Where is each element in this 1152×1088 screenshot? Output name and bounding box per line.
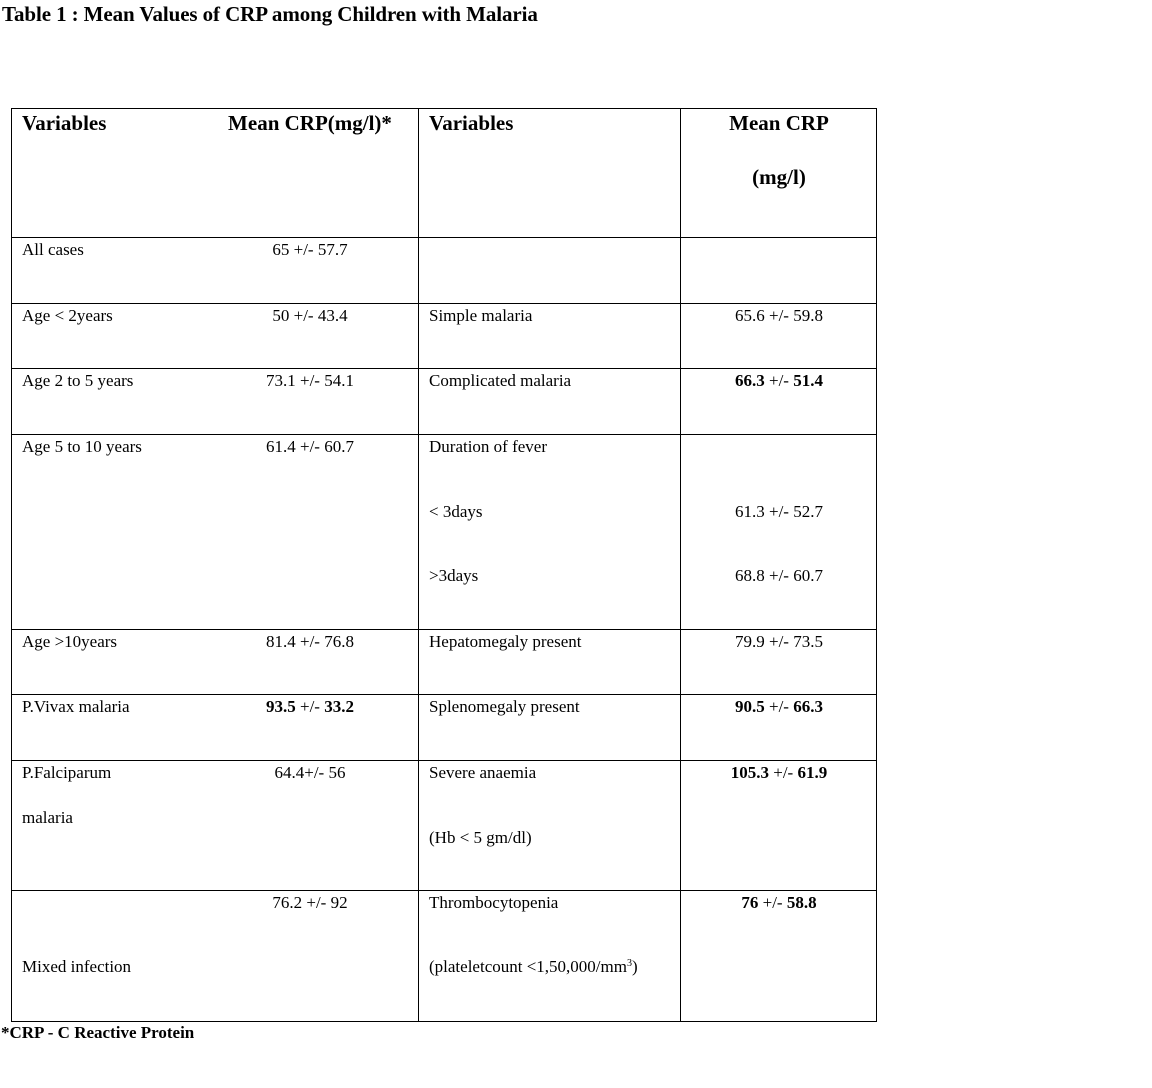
left-variable-label: Mixed infection [22, 957, 131, 977]
right-variable-label: Thrombocytopenia [429, 893, 558, 913]
table-row: Age >10years81.4 +/- 76.8Hepatomegaly pr… [12, 630, 877, 695]
left-variable-label-line2: malaria [22, 808, 73, 828]
table-row: P.Falciparummalaria64.4+/- 56Severe anae… [12, 761, 877, 891]
right-sub-label: < 3days [429, 502, 483, 522]
table-row: Age 2 to 5 years73.1 +/- 54.1Complicated… [12, 369, 877, 435]
right-mean-value: 79.9 +/- 73.5 [681, 632, 877, 652]
cell-left-variable: P.Vivax malaria93.5 +/- 33.2 [12, 695, 419, 761]
cell-left-variable: Age < 2years50 +/- 43.4 [12, 304, 419, 369]
header-cell-left: Variables Mean CRP(mg/l)* [12, 109, 419, 238]
right-variable-label-line2: (plateletcount <1,50,000/mm3) [429, 957, 638, 977]
header-cell-right-mean: Mean CRP (mg/l) [681, 109, 877, 238]
footnote: *CRP - C Reactive Protein [1, 1023, 194, 1043]
cell-right-mean: 90.5 +/- 66.3 [681, 695, 877, 761]
left-mean-value: 76.2 +/- 92 [214, 893, 406, 913]
left-mean-value: 65 +/- 57.7 [214, 240, 406, 260]
left-variable-label: Age < 2years [22, 306, 113, 326]
left-variable-label: P.Falciparum [22, 763, 111, 783]
cell-right-mean: 105.3 +/- 61.9 [681, 761, 877, 891]
cell-left-variable: Age 2 to 5 years73.1 +/- 54.1 [12, 369, 419, 435]
left-mean-value: 50 +/- 43.4 [214, 306, 406, 326]
right-variable-label: Complicated malaria [429, 371, 571, 391]
table-row: Mixed infection76.2 +/- 92Thrombocytopen… [12, 891, 877, 1022]
cell-right-mean: 61.3 +/- 52.768.8 +/- 60.7 [681, 435, 877, 630]
header-variables-left: Variables [22, 111, 106, 136]
left-variable-label: All cases [22, 240, 84, 260]
header-mean-right-line1: Mean CRP [681, 111, 877, 136]
table-row: All cases65 +/- 57.7 [12, 238, 877, 304]
left-variable-label: P.Vivax malaria [22, 697, 130, 717]
cell-right-variable: Hepatomegaly present [419, 630, 681, 695]
crp-table: Variables Mean CRP(mg/l)* Variables Mean… [11, 108, 877, 1022]
cell-right-mean: 79.9 +/- 73.5 [681, 630, 877, 695]
right-mean-value: 105.3 +/- 61.9 [681, 763, 877, 783]
right-mean-value: 65.6 +/- 59.8 [681, 306, 877, 326]
cell-left-variable: Mixed infection76.2 +/- 92 [12, 891, 419, 1022]
right-variable-label: Simple malaria [429, 306, 532, 326]
cell-right-variable: Duration of fever< 3days>3days [419, 435, 681, 630]
left-mean-value: 61.4 +/- 60.7 [214, 437, 406, 457]
right-variable-label: Splenomegaly present [429, 697, 580, 717]
left-mean-value: 93.5 +/- 33.2 [214, 697, 406, 717]
cell-right-mean: 76 +/- 58.8 [681, 891, 877, 1022]
cell-right-mean: 66.3 +/- 51.4 [681, 369, 877, 435]
cell-right-variable: Simple malaria [419, 304, 681, 369]
header-variables-right: Variables [429, 111, 513, 136]
table-row: Age 5 to 10 years61.4 +/- 60.7Duration o… [12, 435, 877, 630]
right-variable-label: Severe anaemia [429, 763, 536, 783]
cell-right-variable: Severe anaemia(Hb < 5 gm/dl) [419, 761, 681, 891]
table-header-row: Variables Mean CRP(mg/l)* Variables Mean… [12, 109, 877, 238]
cell-right-mean: 65.6 +/- 59.8 [681, 304, 877, 369]
header-mean-left: Mean CRP(mg/l)* [214, 111, 406, 136]
cell-right-variable: Thrombocytopenia(plateletcount <1,50,000… [419, 891, 681, 1022]
right-variable-label: Hepatomegaly present [429, 632, 581, 652]
left-mean-value: 81.4 +/- 76.8 [214, 632, 406, 652]
cell-right-variable [419, 238, 681, 304]
header-mean-right-line2: (mg/l) [681, 165, 877, 190]
cell-right-mean [681, 238, 877, 304]
right-variable-label-line2: (Hb < 5 gm/dl) [429, 828, 532, 848]
cell-left-variable: P.Falciparummalaria64.4+/- 56 [12, 761, 419, 891]
left-mean-value: 64.4+/- 56 [214, 763, 406, 783]
right-mean-value: 66.3 +/- 51.4 [681, 371, 877, 391]
left-variable-label: Age >10years [22, 632, 117, 652]
right-sub-value: 61.3 +/- 52.7 [681, 502, 877, 522]
cell-left-variable: Age 5 to 10 years61.4 +/- 60.7 [12, 435, 419, 630]
table-row: P.Vivax malaria93.5 +/- 33.2Splenomegaly… [12, 695, 877, 761]
right-variable-label: Duration of fever [429, 437, 547, 457]
table-title: Table 1 : Mean Values of CRP among Child… [2, 2, 538, 27]
left-variable-label: Age 2 to 5 years [22, 371, 133, 391]
left-mean-value: 73.1 +/- 54.1 [214, 371, 406, 391]
cell-left-variable: Age >10years81.4 +/- 76.8 [12, 630, 419, 695]
right-mean-value: 76 +/- 58.8 [681, 893, 877, 913]
right-mean-value: 90.5 +/- 66.3 [681, 697, 877, 717]
left-variable-label: Age 5 to 10 years [22, 437, 142, 457]
cell-right-variable: Splenomegaly present [419, 695, 681, 761]
table-row: Age < 2years50 +/- 43.4Simple malaria65.… [12, 304, 877, 369]
cell-left-variable: All cases65 +/- 57.7 [12, 238, 419, 304]
header-cell-right-variables: Variables [419, 109, 681, 238]
right-sub-value: 68.8 +/- 60.7 [681, 566, 877, 586]
cell-right-variable: Complicated malaria [419, 369, 681, 435]
right-sub-label: >3days [429, 566, 478, 586]
